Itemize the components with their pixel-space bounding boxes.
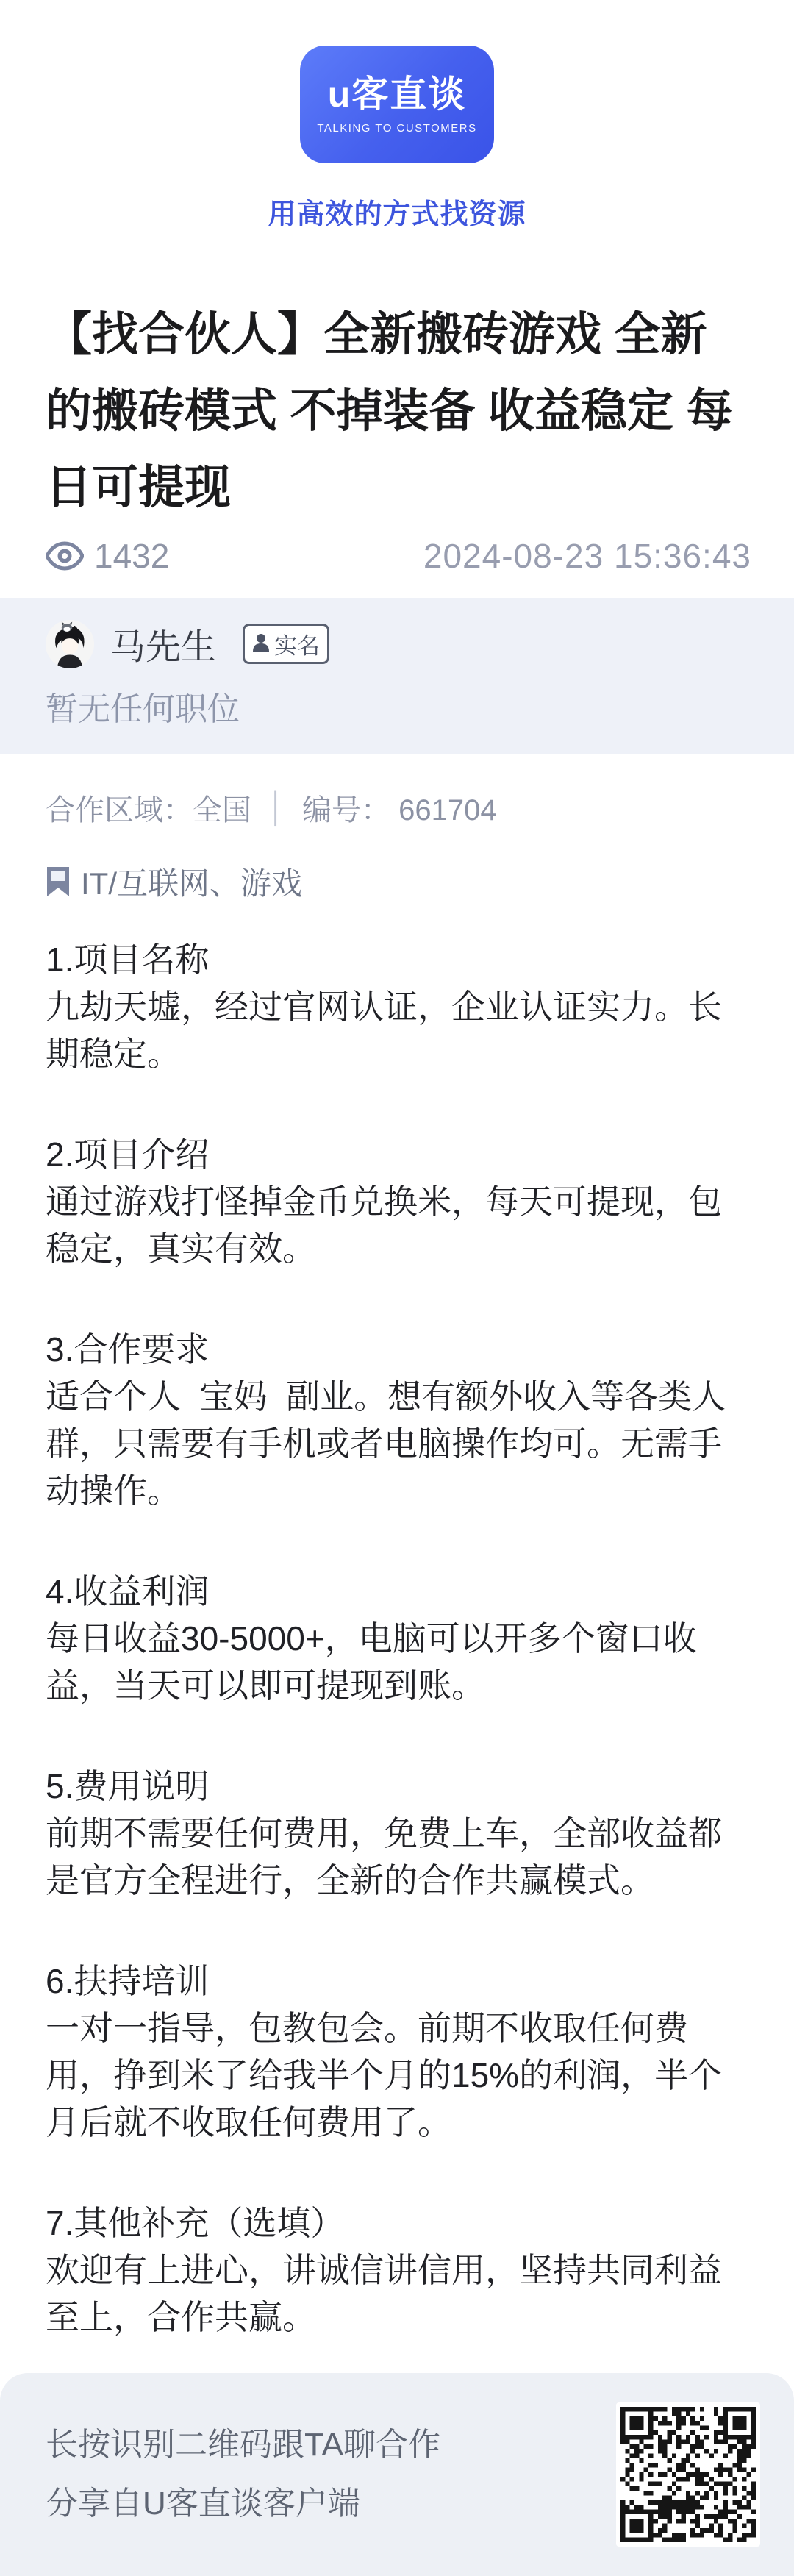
eye-icon xyxy=(46,541,84,571)
region-row: 合作区域：全国 │ 编号： 661704 xyxy=(46,787,748,829)
section-heading: 7.其他补充（选填） xyxy=(46,2199,748,2247)
content-section: 6.扶持培训 一对一指导，包教包会。前期不收取任何费用，挣到米了给我半个月的15… xyxy=(46,1958,748,2146)
view-count-value: 1432 xyxy=(94,536,169,576)
author-position: 暂无任何职位 xyxy=(46,682,748,729)
divider: │ xyxy=(268,791,286,824)
verified-badge-label: 实名 xyxy=(274,627,320,660)
brand-slogan: 用高效的方式找资源 xyxy=(268,191,526,232)
content-section: 7.其他补充（选填） 欢迎有上进心，讲诚信讲信用，坚持共同利益至上，合作共赢。 xyxy=(46,2199,748,2341)
content-section: 4.收益利润 每日收益30-5000+，电脑可以开多个窗口收益，当天可以即可提现… xyxy=(46,1568,748,1709)
category-row: IT/互联网、游戏 xyxy=(46,860,748,904)
section-heading: 2.项目介绍 xyxy=(46,1131,748,1178)
brand-header: u客直谈 TALKING TO CUSTOMERS 用高效的方式找资源 xyxy=(0,0,794,232)
section-heading: 3.合作要求 xyxy=(46,1326,748,1373)
post-page: u客直谈 TALKING TO CUSTOMERS 用高效的方式找资源 【找合伙… xyxy=(0,0,794,2576)
section-body: 通过游戏打怪掉金币兑换米，每天可提现，包稳定，真实有效。 xyxy=(46,1178,748,1272)
view-count: 1432 xyxy=(46,536,169,576)
footer-source: 分享自U客直谈客户端 xyxy=(46,2483,440,2525)
avatar[interactable] xyxy=(46,620,94,668)
section-heading: 4.收益利润 xyxy=(46,1568,748,1615)
section-body: 欢迎有上进心，讲诚信讲信用，坚持共同利益至上，合作共赢。 xyxy=(46,2247,748,2341)
section-body: 九劫天墟，经过官网认证，企业认证实力。长期稳定。 xyxy=(46,983,748,1077)
content-section: 5.费用说明 前期不需要任何费用，免费上车，全部收益都是官方全程进行，全新的合作… xyxy=(46,1763,748,1904)
post-timestamp: 2024-08-23 15:36:43 xyxy=(423,536,751,576)
app-logo-text: u客直谈 xyxy=(328,74,467,115)
section-heading: 5.费用说明 xyxy=(46,1763,748,1810)
section-body: 前期不需要任何费用，免费上车，全部收益都是官方全程进行，全新的合作共赢模式。 xyxy=(46,1810,748,1904)
post-meta-row: 1432 2024-08-23 15:36:43 xyxy=(46,536,751,576)
post-id: 编号： 661704 xyxy=(302,787,497,829)
content-section: 1.项目名称 九劫天墟，经过官网认证，企业认证实力。长期稳定。 xyxy=(46,936,748,1077)
category-label: IT/互联网、游戏 xyxy=(81,860,302,904)
region-value: 合作区域：全国 xyxy=(46,787,251,829)
author-section: 马先生 实名 暂无任何职位 xyxy=(0,598,794,754)
qr-code[interactable] xyxy=(616,2402,760,2547)
section-heading: 6.扶持培训 xyxy=(46,1958,748,2005)
person-icon xyxy=(252,632,270,655)
app-logo-subtext: TALKING TO CUSTOMERS xyxy=(317,122,476,135)
content-section: 2.项目介绍 通过游戏打怪掉金币兑换米，每天可提现，包稳定，真实有效。 xyxy=(46,1131,748,1272)
content-section: 3.合作要求 适合个人 宝妈 副业。想有额外收入等各类人群，只需要有手机或者电脑… xyxy=(46,1326,748,1514)
bookmark-icon xyxy=(46,866,71,898)
footer-instruction: 长按识别二维码跟TA聊合作 xyxy=(46,2424,440,2466)
section-body: 适合个人 宝妈 副业。想有额外收入等各类人群，只需要有手机或者电脑操作均可。无需… xyxy=(46,1373,748,1514)
share-footer: 长按识别二维码跟TA聊合作 分享自U客直谈客户端 xyxy=(0,2373,794,2576)
section-heading: 1.项目名称 xyxy=(46,936,748,983)
verified-badge: 实名 xyxy=(243,624,329,664)
section-body: 一对一指导，包教包会。前期不收取任何费用，挣到米了给我半个月的15%的利润，半个… xyxy=(46,2005,748,2146)
section-body: 每日收益30-5000+，电脑可以开多个窗口收益，当天可以即可提现到账。 xyxy=(46,1615,748,1709)
app-logo: u客直谈 TALKING TO CUSTOMERS xyxy=(300,46,494,163)
sections: 1.项目名称 九劫天墟，经过官网认证，企业认证实力。长期稳定。 2.项目介绍 通… xyxy=(46,936,748,2341)
author-name[interactable]: 马先生 xyxy=(110,618,216,669)
post-title: 【找合伙人】全新搬砖游戏 全新的搬砖模式 不掉装备 收益稳定 每日可提现 xyxy=(46,296,748,526)
